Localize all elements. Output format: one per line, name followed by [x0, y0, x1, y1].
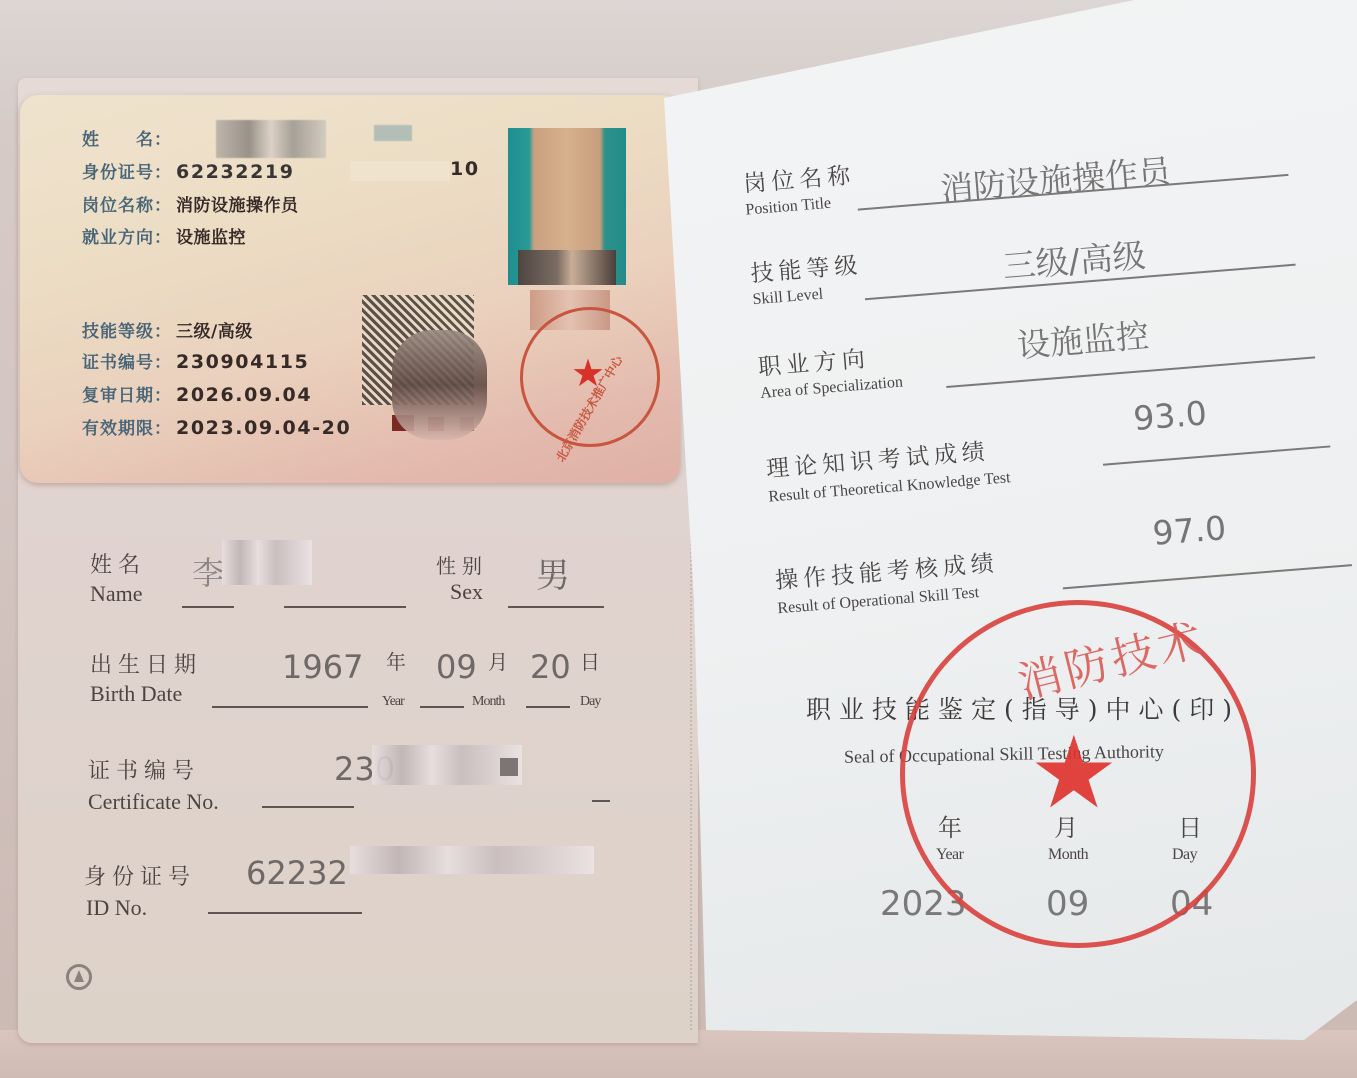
card-row-review-date: 复审日期：2026.09.04 [82, 381, 312, 406]
redacted-block [500, 758, 518, 776]
birth-year-underline [212, 706, 368, 708]
birth-month-underline [420, 706, 464, 708]
label-id-no: 身份证号 ID No. [84, 860, 196, 921]
card-value: 10 [450, 158, 480, 180]
underline [1103, 445, 1330, 465]
card-seal: ★ 北京消防技术推广中心 [520, 307, 660, 447]
underline [946, 356, 1315, 388]
field-specialization: 职业方向 Area of Specialization 设施监控 [757, 304, 1315, 349]
card-label: 姓 名： [82, 130, 172, 150]
birth-day-value: 20 [530, 648, 571, 686]
issuer-logo-icon [66, 964, 92, 990]
card-value: 三级/高级 [176, 322, 253, 342]
birth-year-value: 1967 [282, 648, 363, 686]
field-position-title: 岗位名称 Position Title 消防设施操作员 [742, 121, 1300, 166]
skill-score-value: 97.0 [1151, 508, 1227, 553]
redacted-name-2 [374, 125, 412, 141]
certificate-underline [262, 806, 354, 808]
name-value: 李 [192, 548, 224, 594]
label-zh: 姓名 [90, 548, 146, 579]
card-value: 2023.09.04-20 [176, 417, 351, 439]
right-page-fields: 岗位名称 Position Title 消防设施操作员 技能等级 Skill L… [735, 32, 1357, 618]
card-row-id: 身份证号：62232219 [82, 158, 295, 183]
card-row-cert-no: 证书编号：230904115 [82, 348, 309, 373]
card-row-name: 姓 名： [82, 125, 172, 150]
label-zh: 身份证号 [84, 860, 196, 891]
label-birth-date: 出生日期 Birth Date [90, 648, 202, 707]
label-en: ID No. [86, 895, 196, 921]
card-id-suffix: 10 [446, 158, 480, 180]
label-en: Month [472, 694, 504, 709]
redacted-name [216, 120, 326, 158]
birth-month-value: 09 [436, 648, 477, 686]
name-underline-2 [284, 606, 406, 608]
label-en: Skill Level [752, 286, 824, 310]
name-underline [182, 606, 234, 608]
field-skill-level: 技能等级 Skill Level 三级/高级 [749, 211, 1307, 256]
label-en: Position Title [745, 195, 832, 220]
label-en: Certificate No. [88, 789, 219, 815]
sex-underline [508, 606, 604, 608]
card-row-position: 岗位名称：消防设施操作员 [82, 191, 299, 216]
redacted-id-no [350, 846, 594, 874]
theory-score-value: 93.0 [1132, 393, 1208, 438]
skill-id-card: 姓 名： 身份证号：62232219 10 岗位名称：消防设施操作员 就业方向：… [20, 95, 680, 483]
label-zh: 技能等级 [749, 246, 863, 288]
field-skill-score: 操作技能考核成绩 Result of Operational Skill Tes… [774, 518, 1332, 563]
sex-value: 男 [536, 548, 570, 597]
card-label: 复审日期： [82, 386, 172, 406]
label-zh: 出生日期 [90, 648, 202, 679]
redaction-patch [350, 161, 450, 181]
year-mark: 年 [386, 646, 406, 675]
card-value: 消防设施操作员 [176, 196, 299, 216]
card-value: 设施监控 [176, 228, 246, 248]
id-underline [208, 912, 362, 914]
field-theory-score: 理论知识考试成绩 Result of Theoretical Knowledge… [765, 406, 1323, 451]
card-label: 岗位名称： [82, 196, 172, 216]
label-en: Birth Date [90, 681, 202, 707]
card-label: 有效期限： [82, 419, 172, 439]
id-no-value: 62232 [246, 854, 348, 892]
card-value: 230904115 [176, 351, 309, 373]
card-label: 技能等级： [82, 322, 172, 342]
specialization-value: 设施监控 [1015, 310, 1150, 367]
year-en-label: Year [382, 690, 404, 710]
label-en: Name [90, 581, 146, 607]
label-zh: 职业方向 [757, 340, 871, 382]
card-value: 62232219 [176, 161, 295, 183]
card-row-validity: 有效期限：2023.09.04-20 [82, 414, 351, 439]
certificate-underline-end [592, 800, 610, 802]
label-en: Day [580, 694, 600, 709]
day-en-label: Day [580, 690, 600, 710]
label-sex: 性别 Sex [436, 550, 488, 605]
card-label: 身份证号： [82, 163, 172, 183]
birth-day-underline [526, 706, 570, 708]
redacted-qr [392, 330, 487, 440]
day-mark: 日 [580, 646, 600, 675]
seal-star-icon: ★ [1029, 723, 1119, 823]
seal-text: 消防技术 [1010, 603, 1212, 712]
card-label: 就业方向： [82, 228, 172, 248]
label-zh: 岗位名称 [742, 157, 856, 199]
portrait-photo [508, 128, 626, 285]
card-value: 2026.09.04 [176, 384, 312, 406]
label-zh: 性别 [436, 550, 488, 579]
label-zh: 证书编号 [88, 754, 219, 785]
label-certificate-no: 证书编号 Certificate No. [88, 754, 219, 815]
label-en: Sex [450, 579, 488, 605]
redacted-name [222, 540, 312, 585]
label-name: 姓名 Name [90, 548, 146, 607]
official-seal: ★ 消防技术 [900, 600, 1256, 948]
card-label: 证书编号： [82, 353, 172, 373]
month-en-label: Month [472, 690, 504, 710]
month-mark: 月 [488, 646, 508, 675]
card-row-direction: 就业方向：设施监控 [82, 223, 246, 248]
label-en: Year [382, 694, 404, 709]
card-row-level: 技能等级：三级/高级 [82, 317, 253, 342]
